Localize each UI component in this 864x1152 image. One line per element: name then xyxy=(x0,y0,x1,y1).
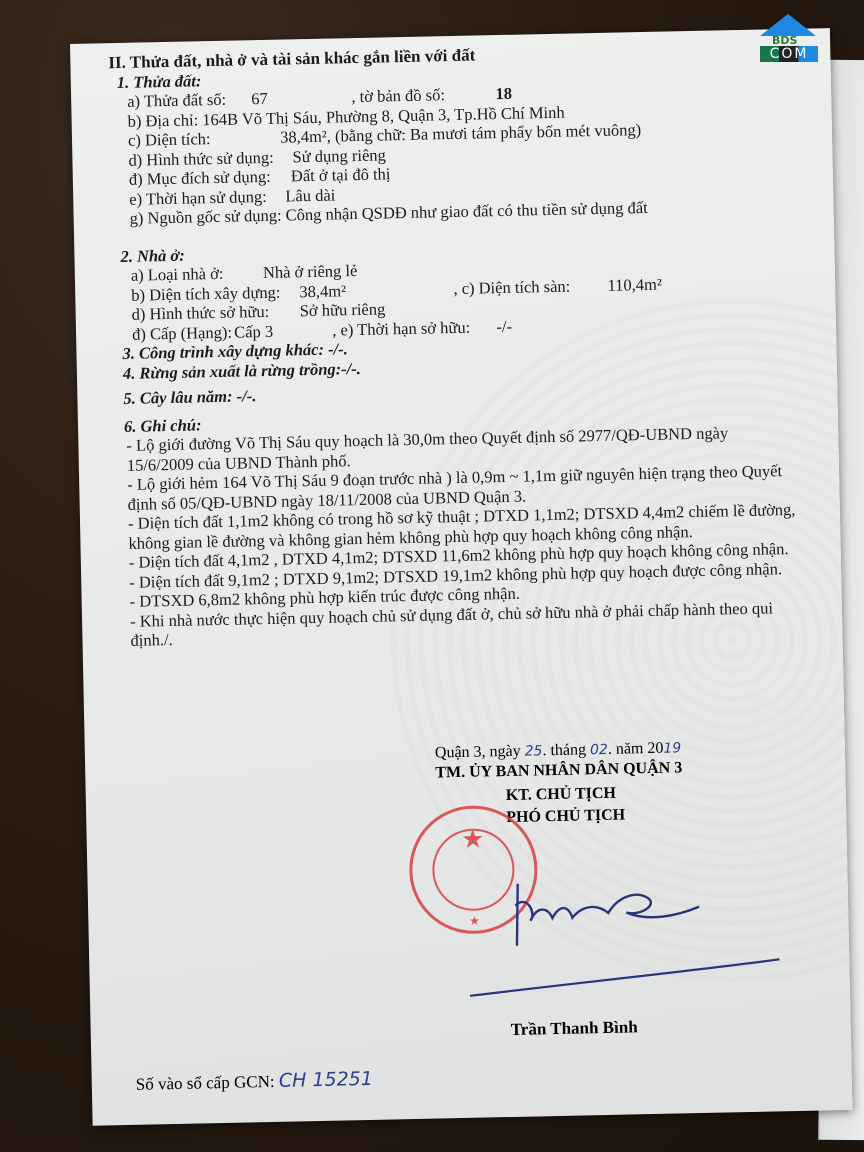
floor-area-value: 110,4m² xyxy=(607,274,662,295)
build-area-value: 38,4m² xyxy=(299,279,449,302)
house-type-label: a) Loại nhà ở: xyxy=(131,263,259,285)
issue-day: 25 xyxy=(525,743,543,759)
ownership-value: Sở hữu riêng xyxy=(300,299,386,320)
signer-name: Trần Thanh Bình xyxy=(511,1017,638,1040)
issue-year-suffix: 19 xyxy=(663,740,681,756)
grade-value: Cấp 3 xyxy=(234,320,328,341)
grade-label: đ) Cấp (Hạng): xyxy=(132,322,230,344)
registry-number: Số vào sổ cấp GCN: CH 15251 xyxy=(136,1068,374,1095)
use-form-value: Sử dụng riêng xyxy=(292,145,386,166)
year-label: năm 20 xyxy=(616,740,664,758)
issue-month: 02 xyxy=(590,742,608,758)
house-type-value: Nhà ở riêng lẻ xyxy=(263,261,358,282)
parcel-label: a) Thửa đất số: xyxy=(127,89,247,111)
own-term-value: -/- xyxy=(496,316,512,336)
logo-bottom-text: COM xyxy=(760,46,818,62)
term-value: Lâu dài xyxy=(285,185,335,206)
registry-label: Số vào sổ cấp GCN: xyxy=(136,1072,275,1094)
handwritten-signature xyxy=(507,870,769,955)
house-roof-icon xyxy=(760,14,816,36)
parcel-value: 67 xyxy=(251,87,347,109)
map-sheet-value: 18 xyxy=(495,84,512,104)
site-watermark-logo: BDS COM xyxy=(752,4,822,62)
own-term-label: , e) Thời hạn sở hữu: xyxy=(332,317,492,340)
address-label: b) Địa chỉ: xyxy=(127,110,198,131)
registry-value: CH 15251 xyxy=(279,1068,373,1092)
origin-label: g) Nguồn gốc sử dụng: xyxy=(129,206,281,229)
place-prefix: Quận 3, ngày xyxy=(435,743,521,762)
month-label: tháng xyxy=(550,741,586,759)
seal-star-icon: ★ xyxy=(411,823,534,856)
certificate-page: II. Thửa đất, nhà ở và tài sản khác gắn … xyxy=(70,28,852,1126)
floor-area-label: , c) Diện tích sàn: xyxy=(453,275,603,298)
signer-title-1: KT. CHỦ TỊCH xyxy=(506,781,816,805)
page-content: II. Thửa đất, nhà ở và tài sản khác gắn … xyxy=(108,39,820,651)
purpose-value: Đất ở tại đô thị xyxy=(291,164,391,186)
